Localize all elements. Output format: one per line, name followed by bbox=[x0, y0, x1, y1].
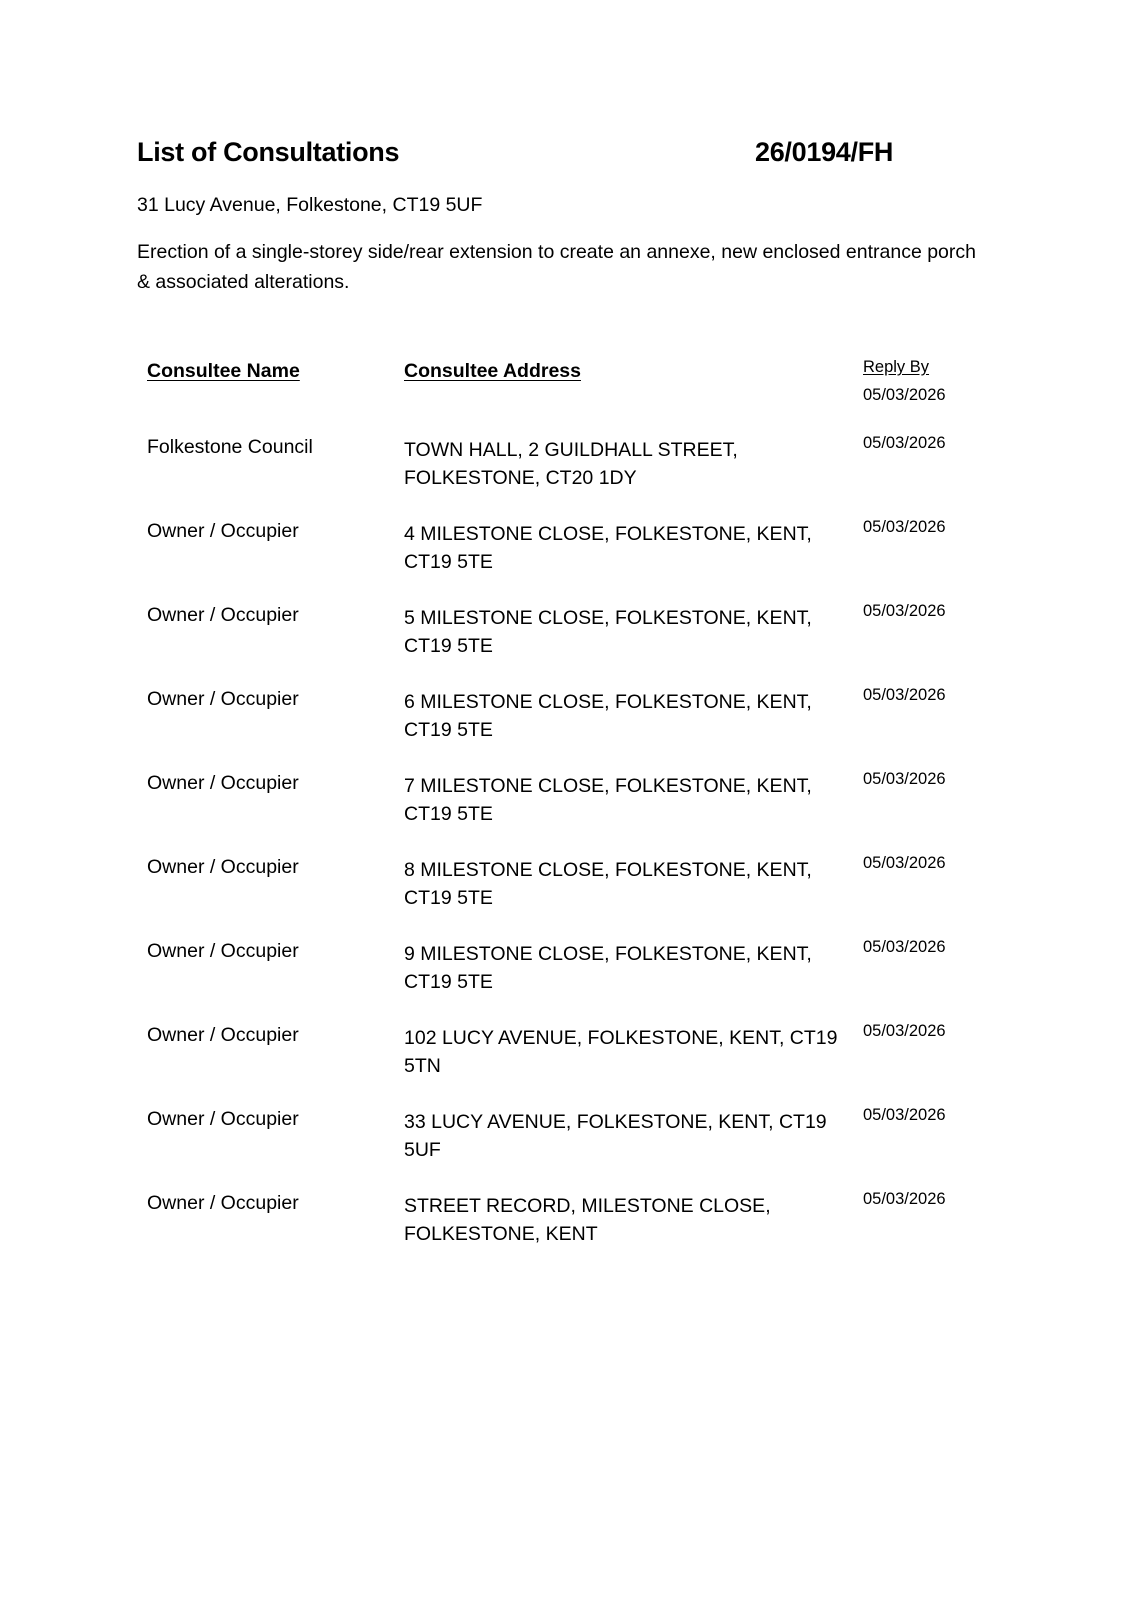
consultee-table: Folkestone CouncilTOWN HALL, 2 GUILDHALL… bbox=[0, 432, 1132, 1272]
consultee-address: 5 MILESTONE CLOSE, FOLKESTONE, KENT, CT1… bbox=[404, 604, 854, 660]
consultee-name: Owner / Occupier bbox=[147, 520, 299, 543]
consultee-name: Folkestone Council bbox=[147, 436, 313, 459]
reply-by-date: 05/03/2026 bbox=[863, 770, 946, 789]
reply-by-date: 05/03/2026 bbox=[863, 938, 946, 957]
consultee-name: Owner / Occupier bbox=[147, 604, 299, 627]
reply-by-date: 05/03/2026 bbox=[863, 434, 946, 453]
consultee-address: 7 MILESTONE CLOSE, FOLKESTONE, KENT, CT1… bbox=[404, 772, 854, 828]
consultee-name: Owner / Occupier bbox=[147, 940, 299, 963]
application-reference: 26/0194/FH bbox=[755, 137, 893, 168]
consultee-name: Owner / Occupier bbox=[147, 688, 299, 711]
reply-by-date: 05/03/2026 bbox=[863, 854, 946, 873]
consultee-address: 33 LUCY AVENUE, FOLKESTONE, KENT, CT19 5… bbox=[404, 1108, 854, 1164]
table-row: Owner / Occupier102 LUCY AVENUE, FOLKEST… bbox=[0, 1020, 1132, 1104]
consultee-address: 102 LUCY AVENUE, FOLKESTONE, KENT, CT19 … bbox=[404, 1024, 854, 1080]
reply-by-date: 05/03/2026 bbox=[863, 1106, 946, 1125]
table-row: Owner / Occupier33 LUCY AVENUE, FOLKESTO… bbox=[0, 1104, 1132, 1188]
consultee-address: TOWN HALL, 2 GUILDHALL STREET, FOLKESTON… bbox=[404, 436, 854, 492]
consultee-address: STREET RECORD, MILESTONE CLOSE, FOLKESTO… bbox=[404, 1192, 854, 1248]
reply-by-date: 05/03/2026 bbox=[863, 1190, 946, 1209]
consultee-name: Owner / Occupier bbox=[147, 1108, 299, 1131]
table-row: Owner / OccupierSTREET RECORD, MILESTONE… bbox=[0, 1188, 1132, 1272]
consultee-name: Owner / Occupier bbox=[147, 1024, 299, 1047]
consultee-name: Owner / Occupier bbox=[147, 1192, 299, 1215]
table-row: Folkestone CouncilTOWN HALL, 2 GUILDHALL… bbox=[0, 432, 1132, 516]
consultee-name: Owner / Occupier bbox=[147, 772, 299, 795]
consultee-name: Owner / Occupier bbox=[147, 856, 299, 879]
document-page: List of Consultations 26/0194/FH 31 Lucy… bbox=[0, 0, 1132, 1600]
reply-by-date: 05/03/2026 bbox=[863, 1022, 946, 1041]
column-header-name: Consultee Name bbox=[147, 360, 300, 383]
consultee-address: 6 MILESTONE CLOSE, FOLKESTONE, KENT, CT1… bbox=[404, 688, 854, 744]
column-header-reply-by: Reply By bbox=[863, 358, 929, 377]
table-row: Owner / Occupier4 MILESTONE CLOSE, FOLKE… bbox=[0, 516, 1132, 600]
column-header-address: Consultee Address bbox=[404, 360, 581, 383]
consultee-address: 4 MILESTONE CLOSE, FOLKESTONE, KENT, CT1… bbox=[404, 520, 854, 576]
reply-by-date: 05/03/2026 bbox=[863, 518, 946, 537]
table-row: Owner / Occupier6 MILESTONE CLOSE, FOLKE… bbox=[0, 684, 1132, 768]
proposal-description: Erection of a single-storey side/rear ex… bbox=[137, 237, 987, 297]
table-row: Owner / Occupier8 MILESTONE CLOSE, FOLKE… bbox=[0, 852, 1132, 936]
reply-by-date: 05/03/2026 bbox=[863, 686, 946, 705]
site-address: 31 Lucy Avenue, Folkestone, CT19 5UF bbox=[137, 194, 482, 217]
table-row: Owner / Occupier9 MILESTONE CLOSE, FOLKE… bbox=[0, 936, 1132, 1020]
table-row: Owner / Occupier5 MILESTONE CLOSE, FOLKE… bbox=[0, 600, 1132, 684]
table-row: Owner / Occupier7 MILESTONE CLOSE, FOLKE… bbox=[0, 768, 1132, 852]
consultee-address: 9 MILESTONE CLOSE, FOLKESTONE, KENT, CT1… bbox=[404, 940, 854, 996]
page-title: List of Consultations bbox=[137, 137, 399, 168]
header-reply-date: 05/03/2026 bbox=[863, 386, 946, 405]
reply-by-date: 05/03/2026 bbox=[863, 602, 946, 621]
consultee-address: 8 MILESTONE CLOSE, FOLKESTONE, KENT, CT1… bbox=[404, 856, 854, 912]
